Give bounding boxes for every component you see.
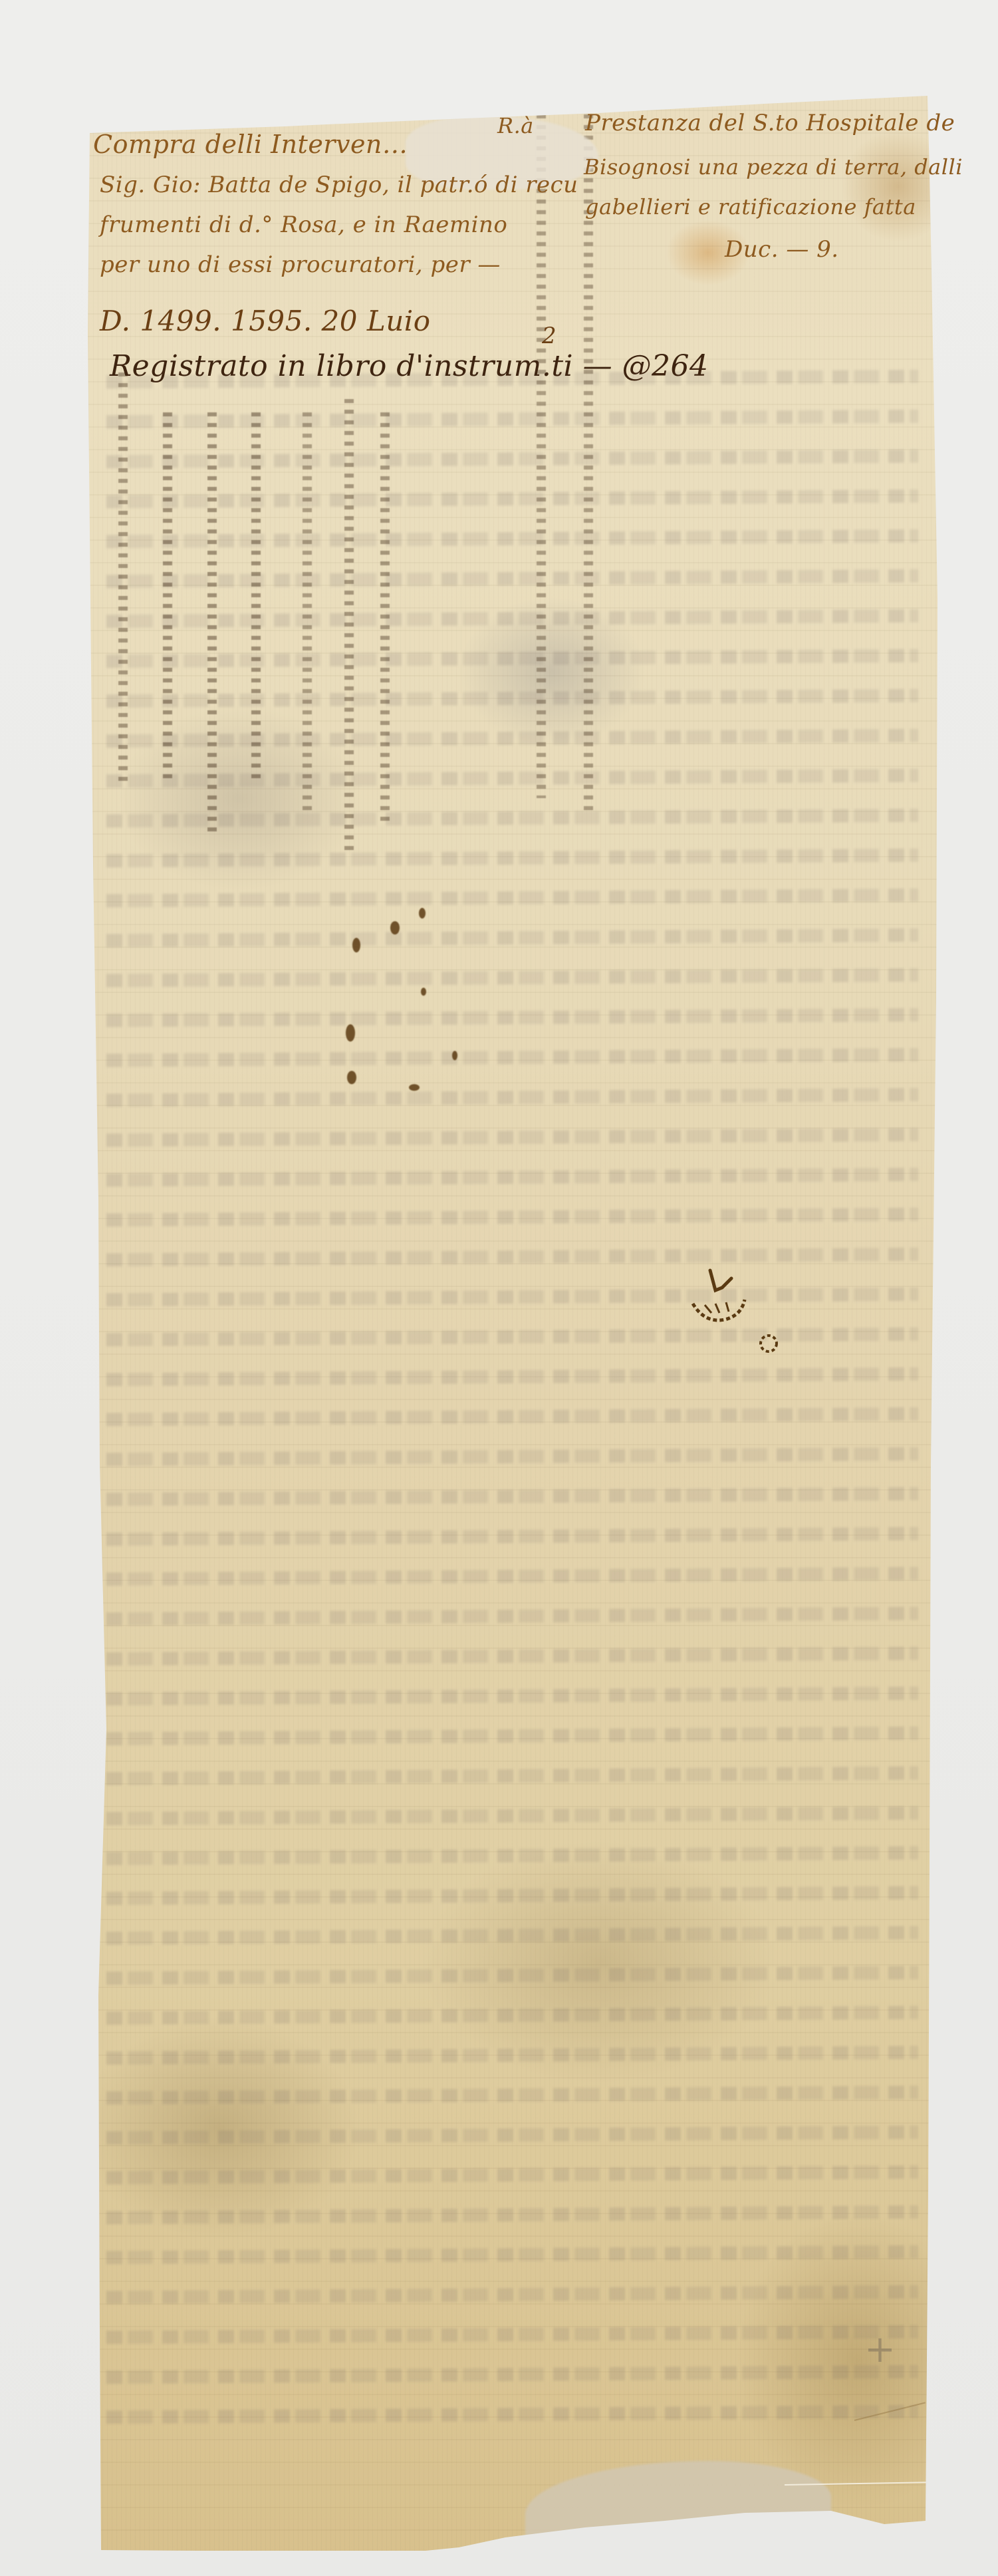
endorsement-line: gabellieri e ratificazione fatta xyxy=(585,194,916,219)
numeral-column xyxy=(118,372,128,785)
numeral-column xyxy=(163,412,172,785)
numeral-column xyxy=(344,399,354,851)
endorsement-line: Prestanza del S.to Hospitale de xyxy=(585,110,955,136)
date-mark: 2 xyxy=(542,323,557,349)
endorsement-line: frumenti di d.° Rosa, e in Raemino xyxy=(100,212,507,238)
bleed-through-text xyxy=(106,372,918,2483)
numeral-column xyxy=(207,412,217,838)
ink-mark xyxy=(352,938,360,952)
endorsement-line: Compra delli Interven… xyxy=(93,130,408,159)
ink-mark xyxy=(452,1051,457,1060)
registration-line: Registrato in libro d'instrum.ti — @264 xyxy=(110,349,709,383)
numeral-column xyxy=(537,93,546,798)
ink-mark xyxy=(419,908,426,919)
ink-mark xyxy=(409,1084,420,1091)
numeral-column xyxy=(303,412,312,811)
cross-mark: + xyxy=(864,2328,896,2371)
top-fragment: R.à xyxy=(497,113,534,138)
ink-mark xyxy=(390,921,400,934)
ink-mark xyxy=(346,1024,355,1042)
endorsement-line: Sig. Gio: Batta de Spigo, il patr.ó di r… xyxy=(100,172,578,198)
numeral-column xyxy=(251,412,261,785)
parchment-sheet xyxy=(0,0,998,2576)
endorsement-line: Bisognosi una pezza di terra, dalli xyxy=(584,154,963,180)
date-line: D. 1499. 1595. 20 Luio xyxy=(100,305,431,337)
ink-mark xyxy=(421,988,426,996)
amount-line: Duc. — 9. xyxy=(725,236,839,263)
numeral-column xyxy=(380,412,390,825)
ink-mark xyxy=(347,1071,356,1084)
small-sketch-icon xyxy=(678,1264,798,1377)
endorsement-line: per uno di essi procuratori, per — xyxy=(100,251,501,278)
